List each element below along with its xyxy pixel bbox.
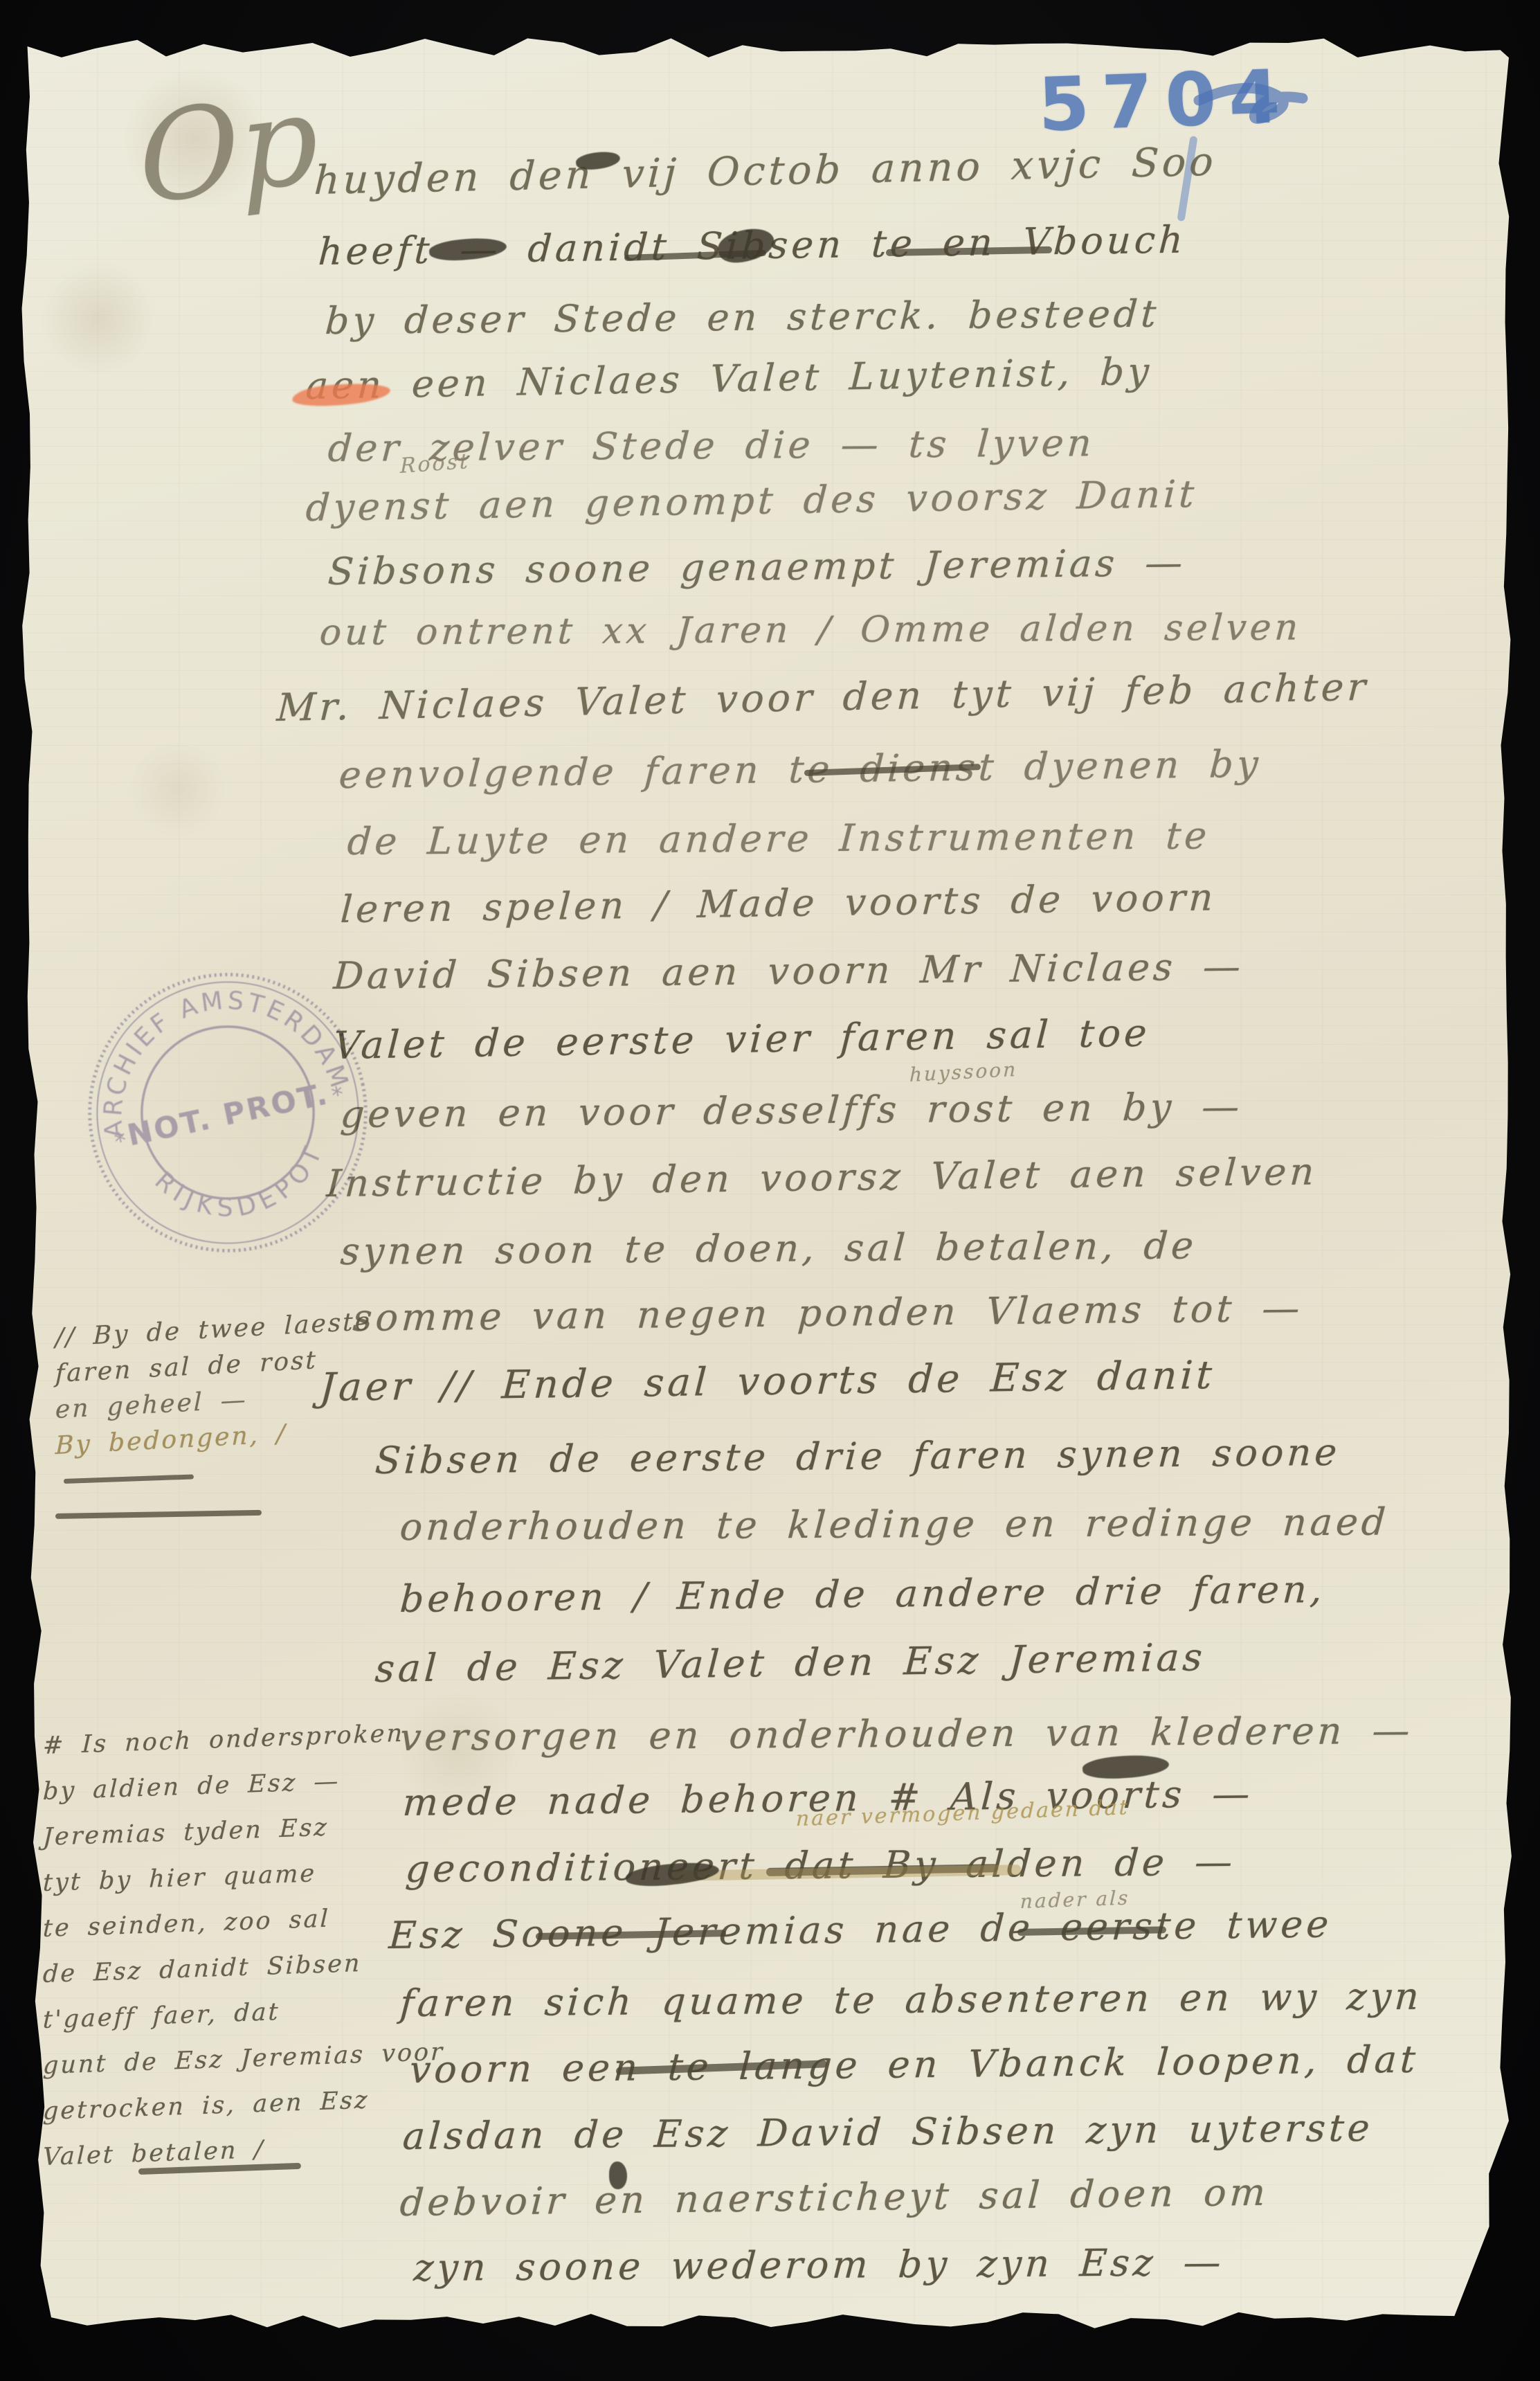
- manuscript-line: Valet de eerste vier faren sal toe: [332, 1010, 1151, 1068]
- archive-stamp: ARCHIEF AMSTERDAM RIJKSDEPOT NOT. PROT. …: [51, 936, 404, 1289]
- margin-note-2-line: by aldien de Esz —: [42, 1768, 341, 1806]
- manuscript-line: leren spelen / Made voorts de voorn: [339, 875, 1217, 931]
- manuscript-line: Mr. Niclaes Valet voor den tyt vij feb a…: [275, 665, 1370, 730]
- margin-note-2-line: gunt de Esz Jeremias voor: [42, 2038, 444, 2080]
- interlinear-insertion: huyssoon: [909, 1058, 1018, 1086]
- initial-letter: Op: [136, 66, 322, 232]
- manuscript-line: David Sibsen aen voorn Mr Niclaes —: [332, 944, 1245, 998]
- manuscript-line: versorgen en onderhouden van klederen —: [399, 1709, 1415, 1759]
- margin-note-2-line: de Esz danidt Sibsen: [42, 1950, 362, 1988]
- manuscript-line: debvoir en naersticheyt sal doen om: [399, 2171, 1270, 2225]
- manuscript-line: dyenst aen genompt des voorsz Danit: [305, 472, 1199, 530]
- manuscript-line: onderhouden te kledinge en redinge naed: [399, 1500, 1390, 1549]
- manuscript-line: zyn soone wederom by zyn Esz —: [413, 2240, 1226, 2290]
- margin-note-2-line: te seinden, zoo sal: [42, 1905, 330, 1943]
- margin-note-1-line: By bedongen, /: [55, 1419, 287, 1460]
- manuscript-line: de Luyte en andere Instrumenten te: [346, 814, 1211, 863]
- stamp-bottom-arc-text: RIJKSDEPOT: [145, 1132, 341, 1239]
- interlinear-insertion: Roost: [400, 449, 470, 478]
- manuscript-line: alsdan de Esz David Sibsen zyn uyterste: [401, 2106, 1375, 2158]
- manuscript-line: somme van negen ponden Vlaems tot —: [352, 1286, 1304, 1340]
- manuscript-line: voorn een te lange en Vbanck loopen, dat: [408, 2038, 1420, 2092]
- manuscript-line: eenvolgende faren te dienst dyenen by: [338, 742, 1262, 797]
- manuscript-line: Jaer // Ende sal voorts de Esz danit: [318, 1353, 1216, 1410]
- manuscript-page: 5704 Op huyden den vij Octob anno xvjc S…: [15, 35, 1514, 2335]
- margin-note-2-line: t'gaeff faer, dat: [42, 1998, 280, 2034]
- margin-note-2-line: getrocken is, aen Esz: [42, 2086, 370, 2126]
- manuscript-line: by deser Stede en sterck. besteedt: [324, 291, 1161, 343]
- manuscript-line: geven en voor desselffs rost en by —: [339, 1085, 1244, 1136]
- manuscript-line: faren sich quame te absenteren en wy zyn: [399, 1975, 1424, 2025]
- manuscript-line: out ontrent xx Jaren / Omme alden selven: [318, 607, 1303, 654]
- margin-note-2-line: # Is noch ondersproken: [42, 1720, 404, 1760]
- manuscript-line: Sibsons soone genaempt Jeremias —: [327, 541, 1187, 593]
- manuscript-line: sal de Esz Valet den Esz Jeremias: [374, 1635, 1207, 1691]
- ink-blot: [609, 2162, 627, 2189]
- interlinear-insertion: nader als: [1020, 1886, 1130, 1913]
- manuscript-line: aen een Niclaes Valet Luytenist, by: [305, 350, 1153, 408]
- ink-strikethrough: [64, 1474, 194, 1484]
- margin-note-1-line: en geheel —: [55, 1385, 248, 1424]
- ink-strikethrough: [55, 1510, 262, 1519]
- manuscript-line: behooren / Ende de andere drie faren,: [399, 1567, 1327, 1621]
- manuscript-line: Instructie by den voorsz Valet aen selve…: [325, 1149, 1319, 1205]
- margin-note-2-line: tyt by hier quame: [42, 1860, 317, 1897]
- manuscript-line: synen soon te doen, sal betalen, de: [339, 1223, 1198, 1273]
- margin-note-1-line: // By de twee laeste: [55, 1307, 372, 1352]
- margin-note-2-line: Jeremias tyden Esz: [42, 1814, 329, 1851]
- manuscript-line: geconditioneert dat By alden de —: [404, 1840, 1237, 1892]
- photo-black-background: { "page": { "background_color": "#0b0b0c…: [0, 0, 1540, 2381]
- manuscript-line: Sibsen de eerste drie faren synen soone: [374, 1430, 1341, 1482]
- margin-note-1-line: faren sal de rost: [55, 1346, 318, 1388]
- manuscript-line: huyden den vij Octob anno xvjc Soo: [313, 139, 1217, 204]
- manuscript-line: Esz Soone Jeremias nae de eerste twee: [388, 1902, 1333, 1957]
